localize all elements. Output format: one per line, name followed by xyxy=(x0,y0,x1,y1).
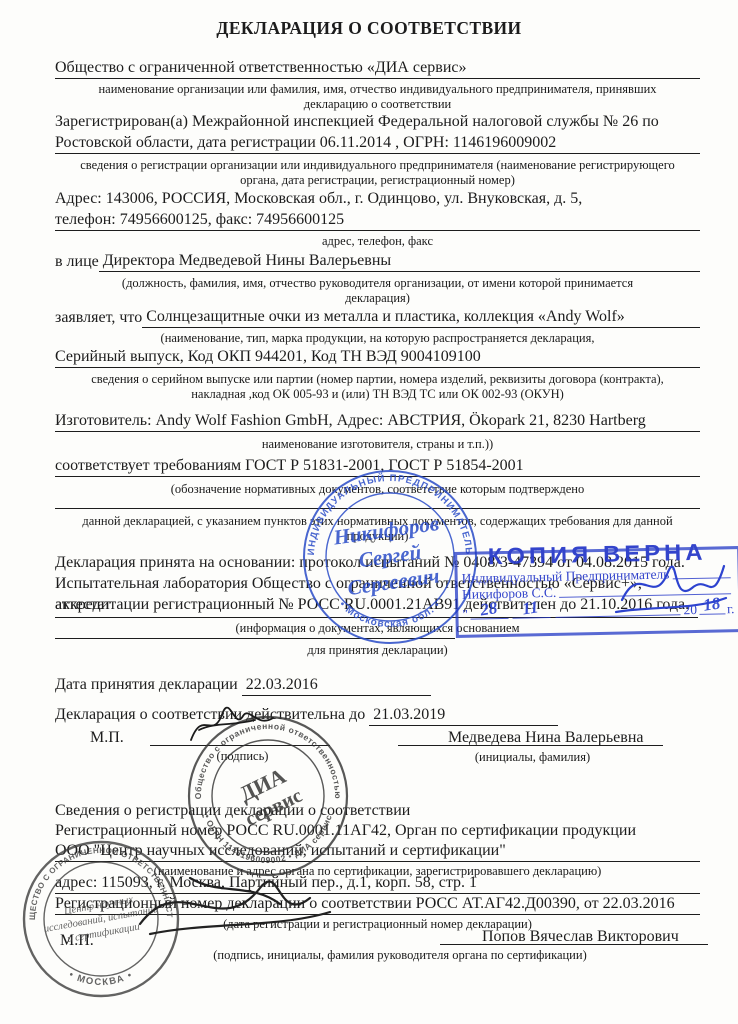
reg-caption-1: сведения о регистрации организации или и… xyxy=(55,158,700,173)
address-caption: адрес, телефон, факс xyxy=(55,234,700,249)
svg-text:• Московская обл. •: • Московская обл. • xyxy=(337,599,443,630)
reg-line-1: Зарегистрирован(а) Межрайонной инспекцие… xyxy=(55,111,700,132)
declares-row: заявляет, что Солнцезащитные очки из мет… xyxy=(55,306,700,328)
valid-row: Декларация о соответствии действительна … xyxy=(55,704,700,726)
reg-info-title: Сведения о регистрации декларации о соот… xyxy=(55,800,700,821)
adoption-row: Дата принятия декларации 22.03.2016 xyxy=(55,674,700,696)
person-caption-2: декларация) xyxy=(55,291,700,306)
cert-stamp-rim-bottom: • МОСКВА • xyxy=(67,969,135,988)
copy-stamp-line3: Никифоров С.С. xyxy=(462,585,557,603)
address-line-1: Адрес: 143006, РОССИЯ, Московская обл., … xyxy=(55,188,700,209)
adoption-prefix: Дата принятия декларации xyxy=(55,676,238,693)
head-line xyxy=(440,944,708,945)
mp-label: М.П. xyxy=(90,727,124,748)
person-row: в лице Директора Медведевой Нины Валерье… xyxy=(55,250,700,272)
person-caption-1: (должность, фамилия, имя, отчество руков… xyxy=(55,276,700,291)
blue-stamp-rim-bottom: • Московская обл. • xyxy=(337,599,443,630)
signer-caption: (инициалы, фамилия) xyxy=(440,750,625,765)
manufacturer-caption: наименование изготовителя, страны и т.п.… xyxy=(55,437,700,452)
address-line-2: телефон: 74956600125, факс: 74956600125 xyxy=(55,209,700,231)
copy-stamp-quote: " xyxy=(462,607,468,623)
reg-line-2: Ростовской области, дата регистрации 06.… xyxy=(55,132,700,154)
declares-caption: (наименование, тип, марка продукции, на … xyxy=(55,331,700,346)
declares-value: Солнцезащитные очки из металла и пластик… xyxy=(142,306,700,328)
head-caption: (подпись, инициалы, фамилия руководителя… xyxy=(160,948,640,963)
handwritten-day: 28 xyxy=(480,602,499,616)
declares-prefix: заявляет, что xyxy=(55,307,142,328)
declaration-document: ДЕКЛАРАЦИЯ О СООТВЕТСТВИИ Общество с огр… xyxy=(0,0,738,1024)
signer-line xyxy=(398,745,663,746)
director-signature xyxy=(185,696,280,748)
adoption-date: 22.03.2016 xyxy=(242,674,431,696)
org-caption-1: наименование организации или фамилия, им… xyxy=(55,82,700,97)
org-name-line: Общество с ограниченной ответственностью… xyxy=(55,57,700,79)
valid-date: 21.03.2019 xyxy=(369,704,558,726)
org-caption-2: декларацию о соответствии xyxy=(55,97,700,112)
serial-caption-2: накладная ,код ОК 005-93 и (или) ТН ВЭД … xyxy=(55,387,700,402)
manufacturer-line: Изготовитель: Andy Wolf Fashion GmbH, Ад… xyxy=(55,410,700,432)
person-value: Директора Медведевой Нины Валерьевны xyxy=(99,250,700,272)
page-title: ДЕКЛАРАЦИЯ О СООТВЕТСТВИИ xyxy=(0,18,738,39)
serial-caption-1: сведения о серийном выпуске или партии (… xyxy=(55,372,700,387)
copy-stamp-signature xyxy=(612,548,730,620)
serial-line: Серийный выпуск, Код ОКП 944201, Код ТН … xyxy=(55,346,700,368)
cert-head-signature xyxy=(128,852,343,947)
reg-caption-2: органа, дата регистрации, регистрационны… xyxy=(55,173,700,188)
handwritten-month: 11 xyxy=(522,601,540,615)
svg-text:• МОСКВА •: • МОСКВА • xyxy=(67,969,135,988)
person-prefix: в лице xyxy=(55,251,99,272)
